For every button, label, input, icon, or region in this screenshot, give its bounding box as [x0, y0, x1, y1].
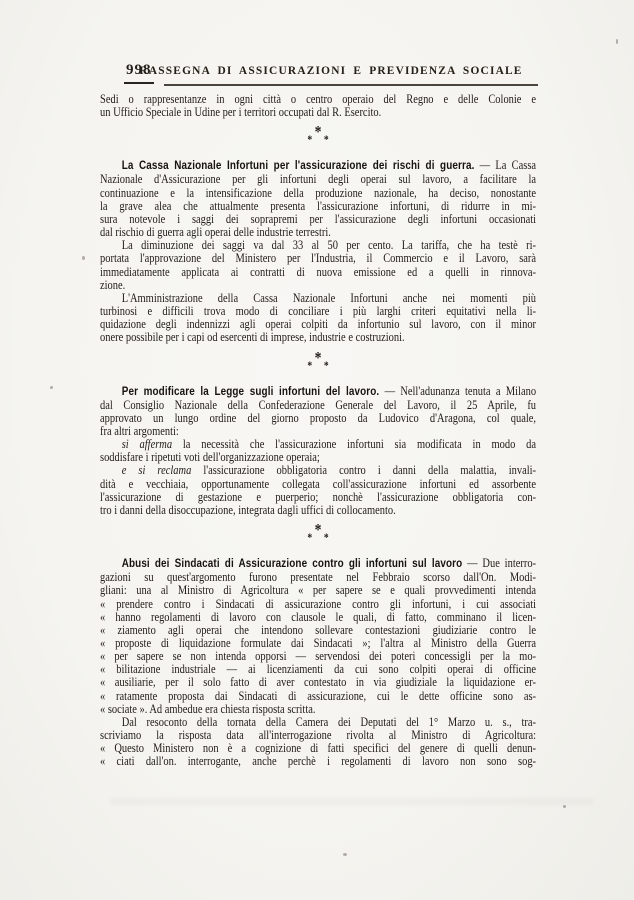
paragraph: L'Amministrazione della Cassa Nazionale … — [100, 291, 536, 344]
text-line: dal Consiglio Nazionale della Confederaz… — [100, 398, 536, 411]
text-line: « sociate ». Ad ambedue era chiesta risp… — [100, 702, 536, 715]
text-line: dità e vecchiaia, opportunamente collega… — [100, 477, 536, 490]
ornament-star-center: * — [315, 353, 322, 363]
text-line: onere possibile per i capi od esercenti … — [100, 330, 536, 343]
scan-speck — [343, 853, 347, 856]
text-line: zione. — [100, 278, 536, 291]
text-line: la grave alea che attualmente presenta l… — [100, 199, 536, 212]
ornament-star-left: * — [307, 532, 312, 542]
ornament-star-right: * — [324, 134, 329, 144]
paragraph: Per modificare la Legge sugli infortuni … — [100, 384, 536, 438]
section-title: Abusi dei Sindacati di Assicurazione con… — [122, 556, 463, 570]
text-line: « prendere contro i Sindacati di assicur… — [100, 597, 536, 610]
text-line: La Cassa Nazionale Infortuni per l'assic… — [100, 158, 536, 172]
journal-title: RASSEGNA DI ASSICURAZIONI E PREVIDENZA S… — [100, 65, 536, 77]
text-line: immediatamente applicata ai contratti di… — [100, 265, 536, 278]
ornament-star-right: * — [324, 360, 329, 370]
section-divider-ornament: *** — [100, 529, 536, 547]
scan-speck — [616, 39, 618, 44]
paragraph: Abusi dei Sindacati di Assicurazione con… — [100, 556, 536, 715]
text-line: portata l'approvazione del Ministero per… — [100, 251, 536, 264]
text-line: Abusi dei Sindacati di Assicurazione con… — [100, 556, 536, 570]
section-title: Per modificare la Legge sugli infortuni … — [122, 384, 380, 398]
ornament-star-left: * — [307, 360, 312, 370]
text-line: « hanno regolamenti di lavoro con clauso… — [100, 610, 536, 623]
section-divider-ornament: *** — [100, 357, 536, 375]
text-line: « ausiliarie, per il solo fatto di aver … — [100, 675, 536, 688]
text-line: approvato un lungo ordine del giorno pro… — [100, 411, 536, 424]
text-line: Nazionale d'Assicurazione per gli infort… — [100, 172, 536, 185]
text-line: Per modificare la Legge sugli infortuni … — [100, 384, 536, 398]
paragraph: La Cassa Nazionale Infortuni per l'assic… — [100, 158, 536, 238]
header-rule — [164, 84, 538, 86]
section-divider-ornament: *** — [100, 131, 536, 149]
page-body: Sedi o rappresentanze in ogni città o ce… — [100, 92, 536, 768]
ornament-star-right: * — [324, 532, 329, 542]
text-line: « ciati dall'on. interrogante, anche per… — [100, 754, 536, 767]
text-line: « ratamente proposta dai Sindacati di as… — [100, 689, 536, 702]
paragraph: Sedi o rappresentanze in ogni città o ce… — [100, 92, 536, 118]
scanned-journal-page: 998 RASSEGNA DI ASSICURAZIONI E PREVIDEN… — [0, 0, 634, 900]
text-line: continuazione e la intensificazione dell… — [100, 186, 536, 199]
paragraph: e si reclama l'assicurazione obbligatori… — [100, 463, 536, 516]
text-line: l'assicurazione di gestazione e puerperi… — [100, 490, 536, 503]
paragraph: Dal resoconto della tornata della Camera… — [100, 715, 536, 768]
page-header: 998 RASSEGNA DI ASSICURAZIONI E PREVIDEN… — [100, 62, 536, 88]
text-line: tro i danni della disoccupazione, integr… — [100, 503, 536, 516]
paragraph: si afferma la necessità che l'assicurazi… — [100, 437, 536, 463]
scan-speck — [563, 805, 566, 808]
scan-speck — [50, 386, 53, 389]
text-line: gliani: una al Ministro di Agricoltura «… — [100, 583, 536, 596]
ornament-star-center: * — [315, 127, 322, 137]
paragraph: La diminuzione dei saggi va dal 33 al 50… — [100, 238, 536, 291]
ornament-star-center: * — [315, 525, 322, 535]
text-line: e si reclama l'assicurazione obbligatori… — [100, 463, 536, 476]
section-title: La Cassa Nazionale Infortuni per l'assic… — [122, 158, 475, 172]
text-line: un Ufficio Speciale in Udine per i terri… — [100, 105, 536, 118]
scan-speck — [82, 256, 85, 260]
scan-smudge — [110, 798, 594, 805]
ornament-star-left: * — [307, 134, 312, 144]
